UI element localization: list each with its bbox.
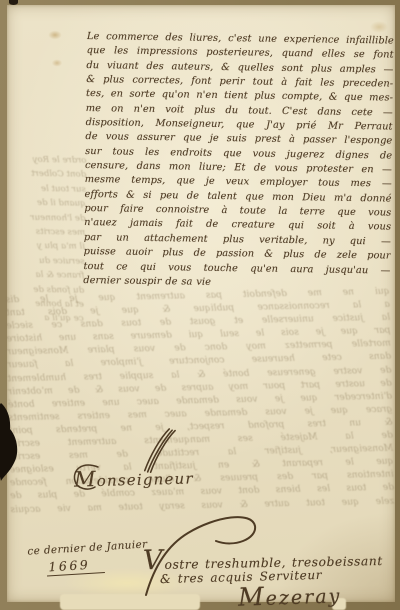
bleedthrough-line: dont Colbert xyxy=(2,167,86,183)
bleedthrough-line: de l'honneur xyxy=(1,210,85,226)
bleedthrough-line: ordre le Roy xyxy=(2,152,86,168)
bleedthrough-line: quand il de xyxy=(2,195,86,211)
salutation: Monseigneur xyxy=(74,464,194,491)
bleedthrough-line: il m'a plu y xyxy=(1,239,85,255)
date-year: 1669 xyxy=(46,556,105,576)
ink-blot xyxy=(0,400,27,486)
signature: Mezeray xyxy=(238,579,342,610)
bleedthrough-line: france & la xyxy=(0,268,84,284)
bleedthrough-line: seruice du xyxy=(1,253,85,269)
mount-speck xyxy=(9,0,18,5)
bleedthrough-line: mes escrits xyxy=(1,224,85,240)
letter-body-text: Le commerce des liures, c'est une experi… xyxy=(83,30,394,293)
bleedthrough-body-text: qui ne me defendoit pas autrement que je… xyxy=(6,285,395,516)
letter-scan-page: ordre le Roydont Colbertsur tout lequand… xyxy=(0,0,400,610)
bleedthrough-line: sur tout le xyxy=(2,181,86,197)
